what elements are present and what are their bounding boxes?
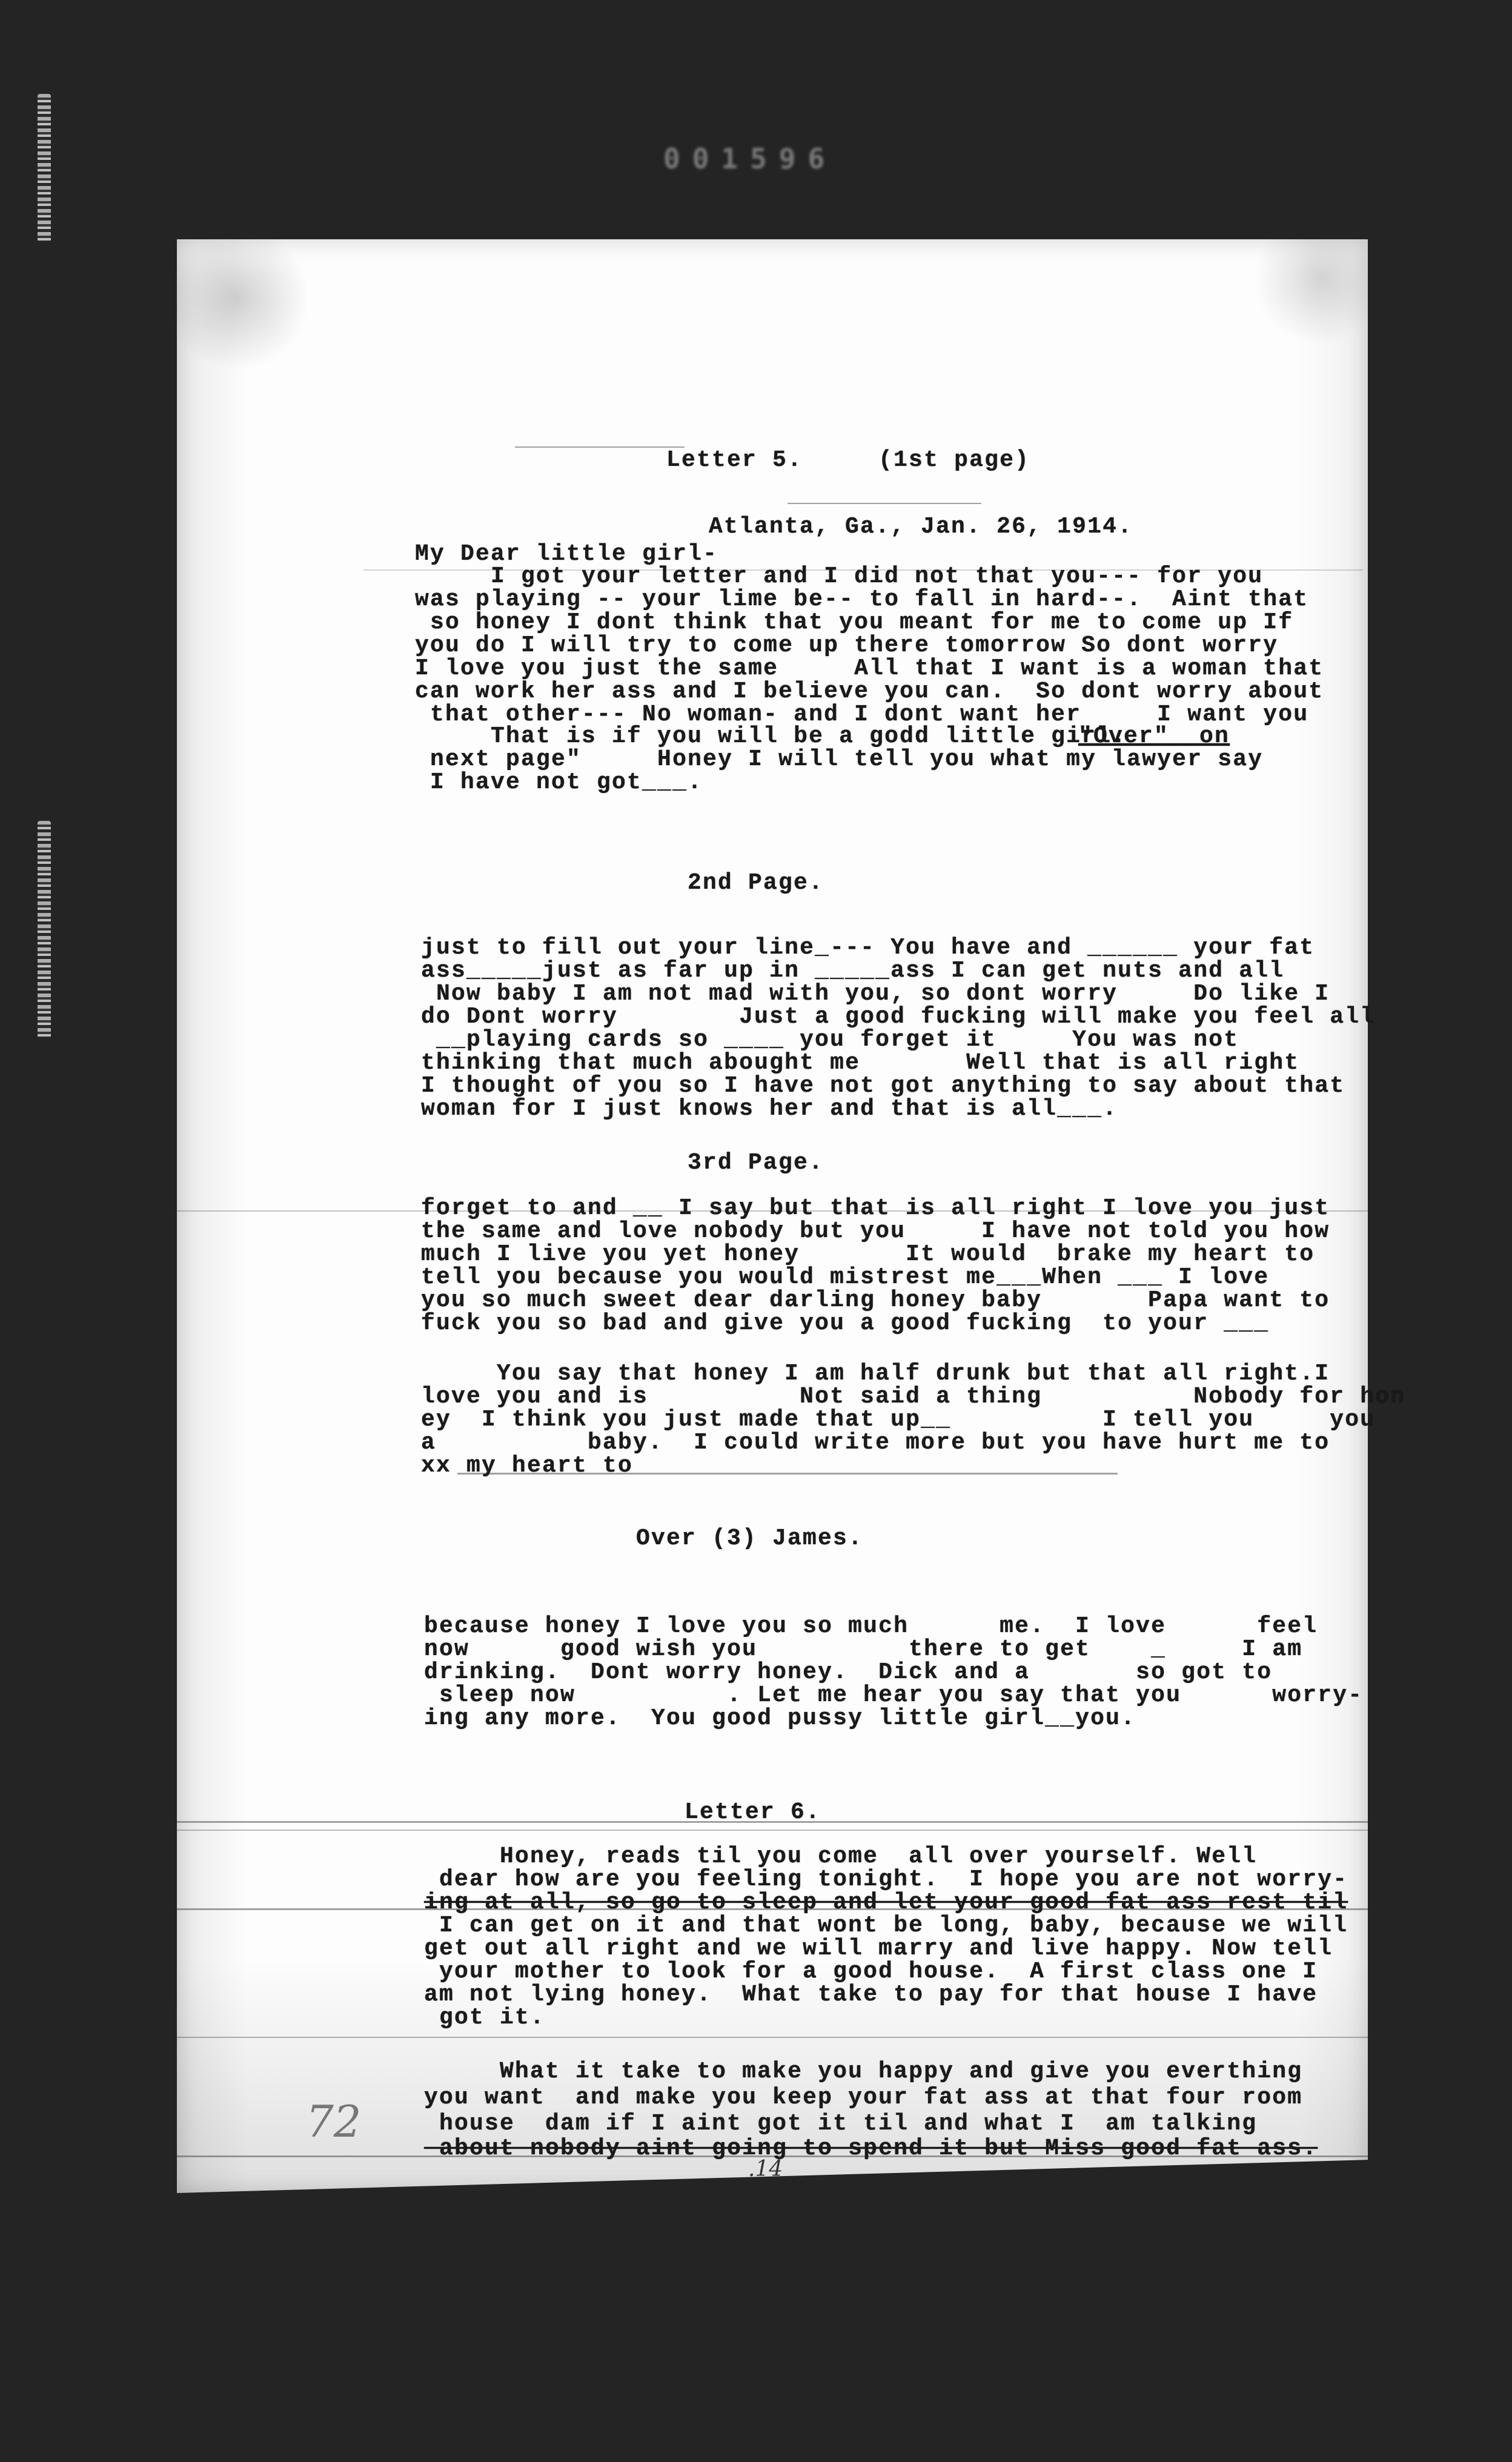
body-line: __playing cards so ____ you forget it Yo… (421, 1028, 1239, 1052)
body-line: I got your letter and I did not that you… (415, 565, 1263, 589)
body-line: fuck you so bad and give you a good fuck… (421, 1312, 1269, 1336)
letter-heading: Letter 6. (685, 1800, 821, 1825)
body-line: sleep now . Let me hear you say that you… (424, 1684, 1363, 1708)
body-line: next page" Honey I will tell you what my… (415, 748, 1263, 772)
body-line: That is if you will be a godd little gir… (415, 725, 1142, 749)
over-signature: Over (3) James. (636, 1527, 863, 1551)
film-edge-marking-middle (38, 821, 51, 1039)
body-line: you want and make you keep your fat ass … (424, 2086, 1302, 2110)
body-line: I can get on it and that wont be long, b… (424, 1914, 1348, 1938)
film-edge-marking-top (38, 94, 51, 242)
body-line: tell you because you would mistrest me__… (421, 1266, 1269, 1290)
body-line: ey I think you just made that up__ I tel… (421, 1408, 1375, 1432)
page-heading: 3rd Page. (688, 1151, 824, 1175)
body-line: woman for I just knows her and that is a… (421, 1097, 1118, 1121)
letter-salutation: My Dear little girl- (415, 542, 718, 566)
body-line: just to fill out your line_--- You have … (421, 936, 1315, 960)
body-line: forget to and __ I say but that is all r… (421, 1196, 1330, 1221)
body-line: get out all right and we will marry and … (424, 1937, 1333, 1961)
handwritten-folio-mark: .14 (748, 2157, 783, 2182)
body-line: Now baby I am not mad with you, so dont … (421, 982, 1330, 1006)
letter-heading: Letter 5. (1st page) (666, 448, 1030, 473)
body-line: dear how are you feeling tonight. I hope… (424, 1868, 1348, 1892)
scan-line (177, 1830, 1368, 1831)
body-line: I love you just the same All that I want… (415, 657, 1324, 681)
letter-date: Atlanta, Ga., Jan. 26, 1914. (709, 515, 1133, 539)
body-line: got it. (424, 2006, 545, 2030)
body-line: your mother to look for a good house. A … (424, 1960, 1318, 1984)
microfilm-frame-number: 001596 (663, 142, 837, 175)
body-line: do Dont worry Just a good fucking will m… (421, 1005, 1375, 1029)
body-line: the same and love nobody but you I have … (421, 1219, 1330, 1244)
body-line: xx my heart to (421, 1454, 633, 1478)
body-line: Honey, reads til you come all over yours… (424, 1845, 1257, 1869)
body-line: about nobody aint going to spend it but … (424, 2137, 1318, 2161)
body-line: much I live you yet honey It would brake… (421, 1243, 1315, 1267)
page-heading: 2nd Page. (688, 871, 824, 895)
body-line: can work her ass and I believe you can. … (415, 680, 1324, 704)
body-line: I thought of you so I have not got anyth… (421, 1074, 1345, 1098)
body-line: drinking. Dont worry honey. Dick and a s… (424, 1661, 1272, 1685)
scan-line (177, 2037, 1368, 2038)
scan-line (787, 503, 981, 504)
body-line: thinking that much abought me Well that … (421, 1051, 1299, 1075)
body-line: now good wish you there to get _ I am (424, 1637, 1302, 1662)
body-line: ass_____just as far up in _____ass I can… (421, 959, 1284, 983)
body-line: so honey I dont think that you meant for… (415, 611, 1293, 635)
over-next-page-note: "Over" on (1078, 725, 1230, 749)
body-line: am not lying honey. What take to pay for… (424, 1983, 1318, 2007)
body-line: house dam if I aint got it til and what … (424, 2112, 1257, 2136)
body-line: ing at all, so go to sleep and let your … (424, 1891, 1348, 1915)
body-line: because honey I love you so much me. I l… (424, 1614, 1318, 1639)
body-line: a baby. I could write more but you have … (421, 1431, 1330, 1455)
body-line: love you and is Not said a thing Nobody … (421, 1385, 1405, 1409)
body-line: I have not got___. (415, 771, 703, 795)
handwritten-page-number: 72 (306, 2096, 362, 2147)
body-line: You say that honey I am half drunk but t… (421, 1362, 1330, 1386)
body-line: you so much sweet dear darling honey bab… (421, 1289, 1330, 1313)
scan-line (515, 446, 685, 448)
body-line: was playing -- your lime be-- to fall in… (415, 588, 1308, 612)
body-line: ing any more. You good pussy little girl… (424, 1707, 1136, 1731)
body-line: What it take to make you happy and give … (424, 2060, 1302, 2084)
body-line: you do I will try to come up there tomor… (415, 634, 1278, 658)
